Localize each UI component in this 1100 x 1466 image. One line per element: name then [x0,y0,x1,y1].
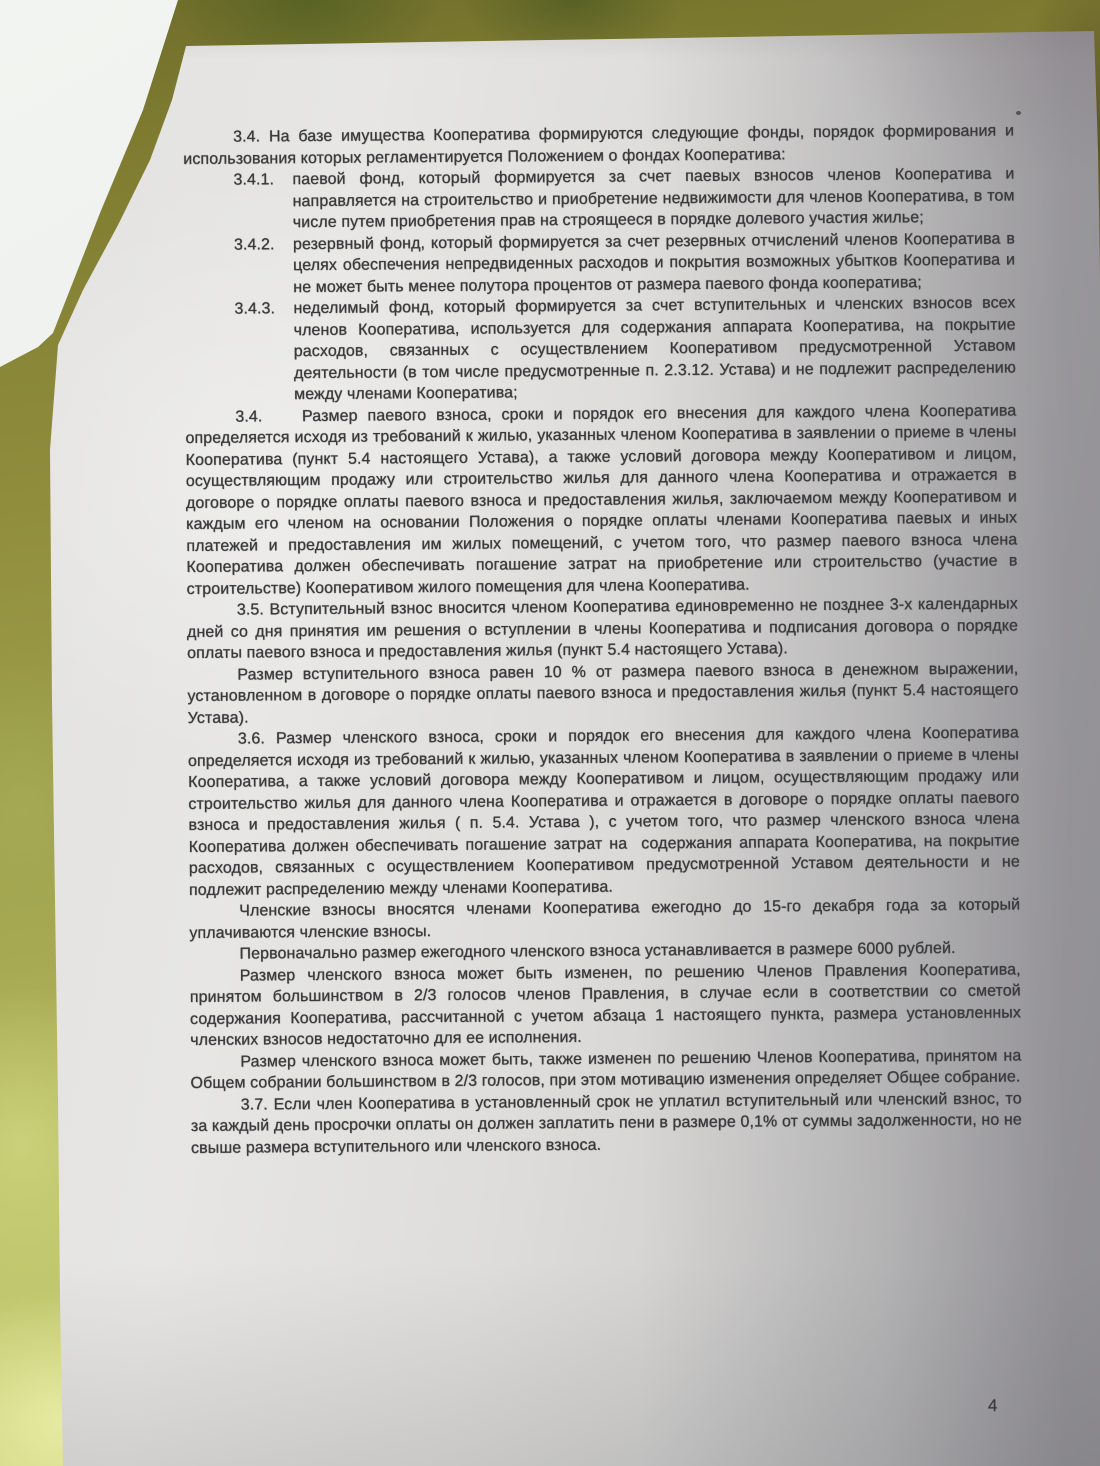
paragraph-text: неделимый фонд, который формируется за с… [293,292,1016,405]
paragraph: 3.4. На базе имущества Кооператива форми… [183,120,1014,170]
document-page: 3.4. На базе имущества Кооператива форми… [0,0,1100,1466]
paragraph: 3.4.3.неделимый фонд, который формируетс… [184,292,1016,406]
paragraph-number: 3.4.1. [233,169,293,234]
paragraph: 3.4.1.паевой фонд, который формируется з… [183,163,1014,234]
paragraph-text: паевой фонд, который формируется за счет… [292,163,1014,233]
paragraph: 3.4.2.резервный фонд, который формируетс… [184,228,1015,299]
paragraph: Размер членского взноса может быть, такж… [190,1045,1021,1095]
paper-speck [1016,111,1021,115]
paragraph: Членские взносы вносятся членами Коопера… [189,894,1020,944]
paragraph-number: 3.4.2. [234,234,294,299]
page-number: 4 [988,1396,1018,1416]
paragraph: Размер членского взноса может быть измен… [190,959,1022,1052]
paragraph-number: 3.4.3. [234,298,294,406]
paragraph-text: резервный фонд, который формируется за с… [293,228,1015,298]
paragraph: Размер вступительного взноса равен 10 % … [187,658,1018,729]
paragraph: 3.5. Вступительный взнос вносится членом… [187,593,1018,664]
document-body: 3.4. На базе имущества Кооператива форми… [183,120,1022,1158]
paragraph: 3.4. Размер паевого взноса, сроки и поря… [185,400,1017,600]
paragraph: 3.6. Размер членского взноса, сроки и по… [188,722,1020,901]
paragraph: 3.7. Если член Кооператива в установленн… [191,1088,1022,1159]
photo-scene: 3.4. На базе имущества Кооператива форми… [0,0,1100,1466]
